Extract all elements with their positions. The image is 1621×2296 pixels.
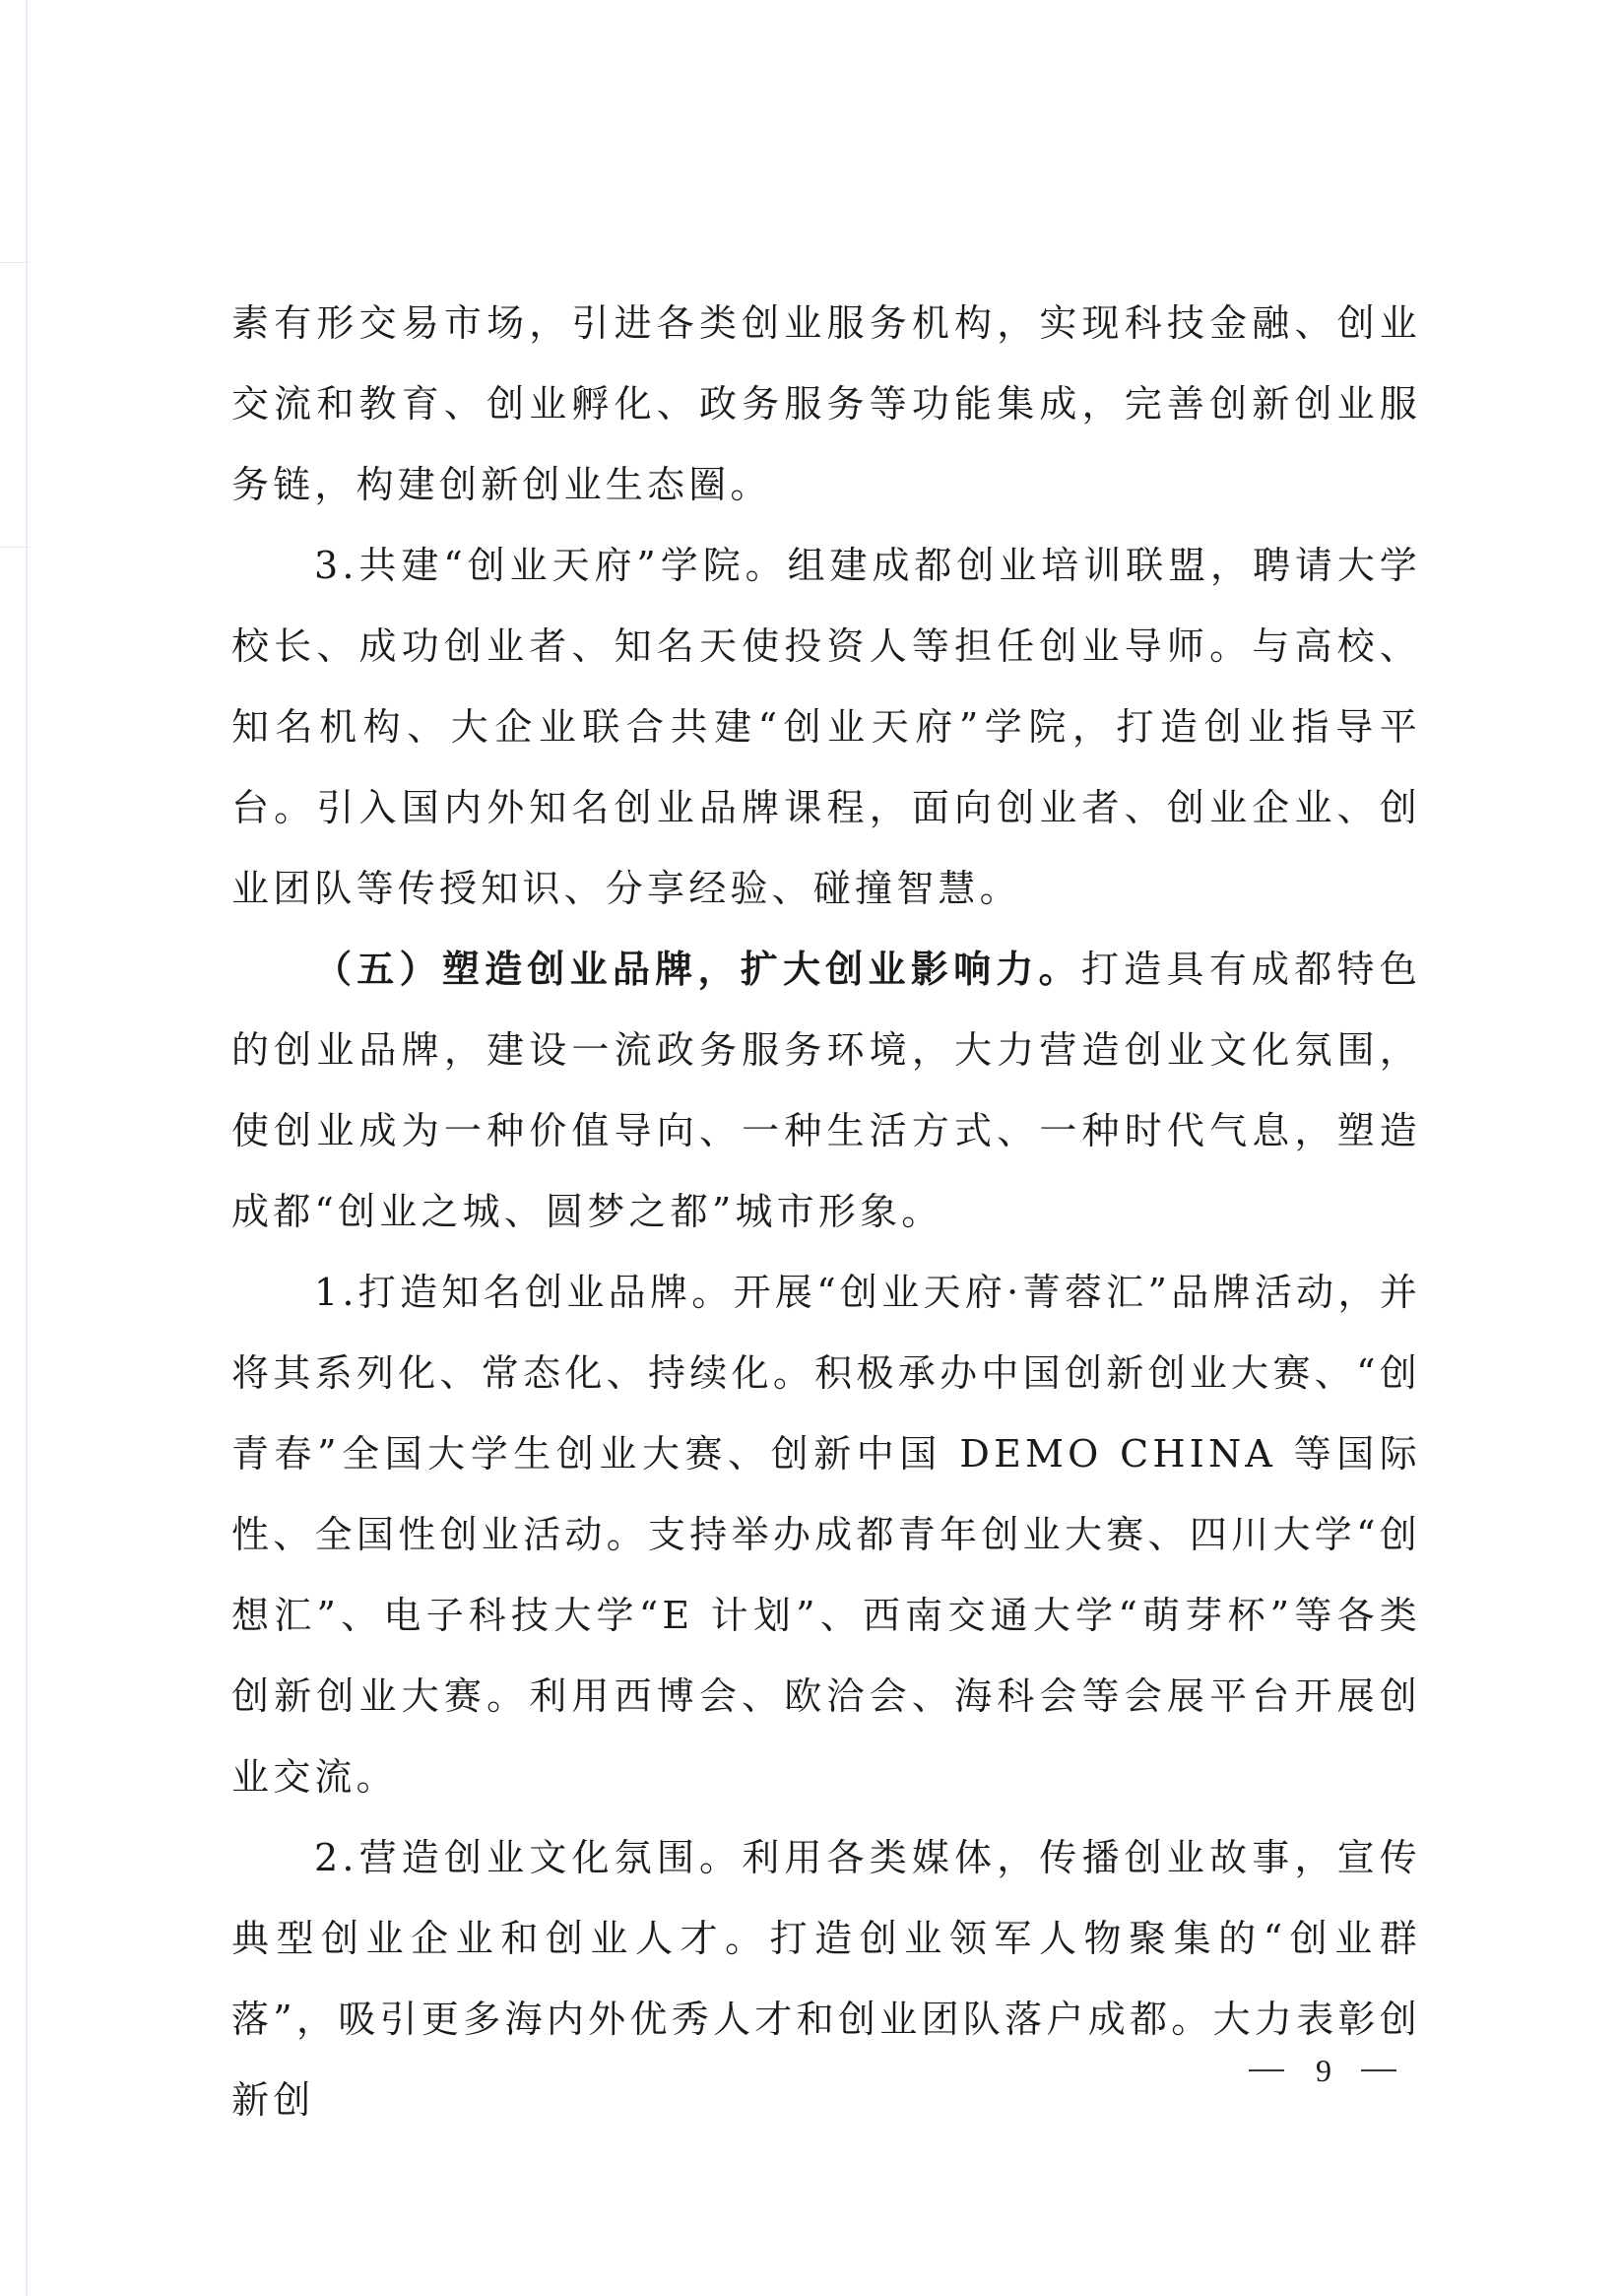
paragraph-item-1-brand: 1.打造知名创业品牌。开展“创业天府·菁蓉汇”品牌活动，并将其系列化、常态化、持…	[231, 1252, 1421, 1817]
scan-edge-line	[26, 0, 28, 2296]
page-number: 9	[1249, 2053, 1396, 2088]
page-number-left-dash	[1249, 2069, 1284, 2071]
scan-artifact-mark	[0, 547, 30, 548]
paragraph-item-2-culture: 2.营造创业文化氛围。利用各类媒体，传播创业故事，宣传典型创业企业和创业人才。打…	[231, 1817, 1421, 2140]
section-5-heading: （五）塑造创业品牌，扩大创业影响力。	[314, 947, 1081, 991]
page-number-value: 9	[1316, 2053, 1331, 2088]
paragraph-item-3-chuangye-tianfu-academy: 3.共建“创业天府”学院。组建成都创业培训联盟，聘请大学校长、成功创业者、知名天…	[231, 525, 1421, 929]
paragraph-continuation: 素有形交易市场，引进各类创业服务机构，实现科技金融、创业交流和教育、创业孵化、政…	[231, 283, 1421, 525]
page-number-right-dash	[1361, 2069, 1396, 2071]
scan-artifact-mark	[0, 262, 30, 263]
document-page-body: 素有形交易市场，引进各类创业服务机构，实现科技金融、创业交流和教育、创业孵化、政…	[231, 283, 1421, 2140]
paragraph-section-5: （五）塑造创业品牌，扩大创业影响力。打造具有成都特色的创业品牌，建设一流政务服务…	[231, 929, 1421, 1252]
